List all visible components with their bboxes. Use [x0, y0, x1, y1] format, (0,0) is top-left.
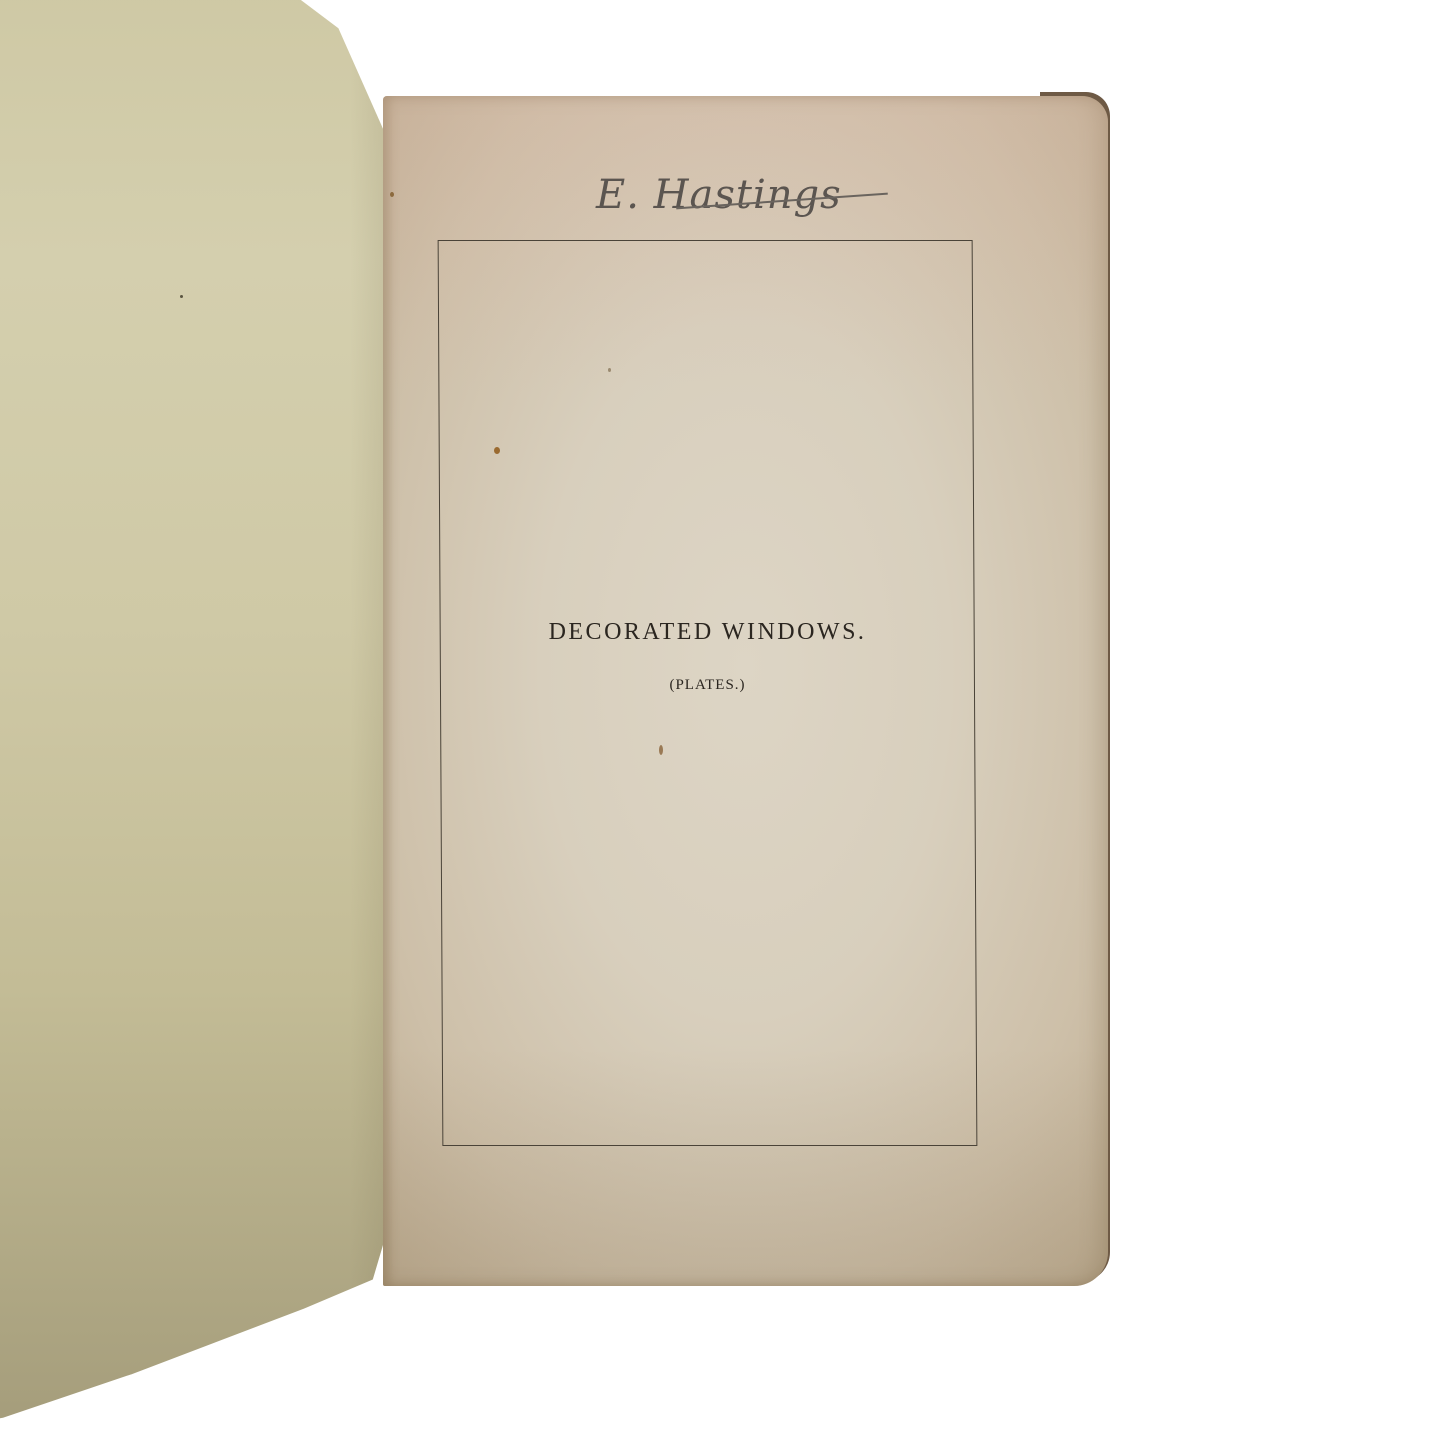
photo-scene: E. Hastings DECORATED WINDOWS. (PLATES.) [0, 0, 1445, 1445]
left-blank-page [0, 0, 390, 1425]
foxing-spot [180, 295, 183, 298]
signature-text: E. Hastings [596, 172, 842, 218]
book-subtitle: (PLATES.) [440, 677, 975, 694]
book-title: DECORATED WINDOWS. [440, 619, 975, 646]
foxing-spot [390, 192, 394, 197]
